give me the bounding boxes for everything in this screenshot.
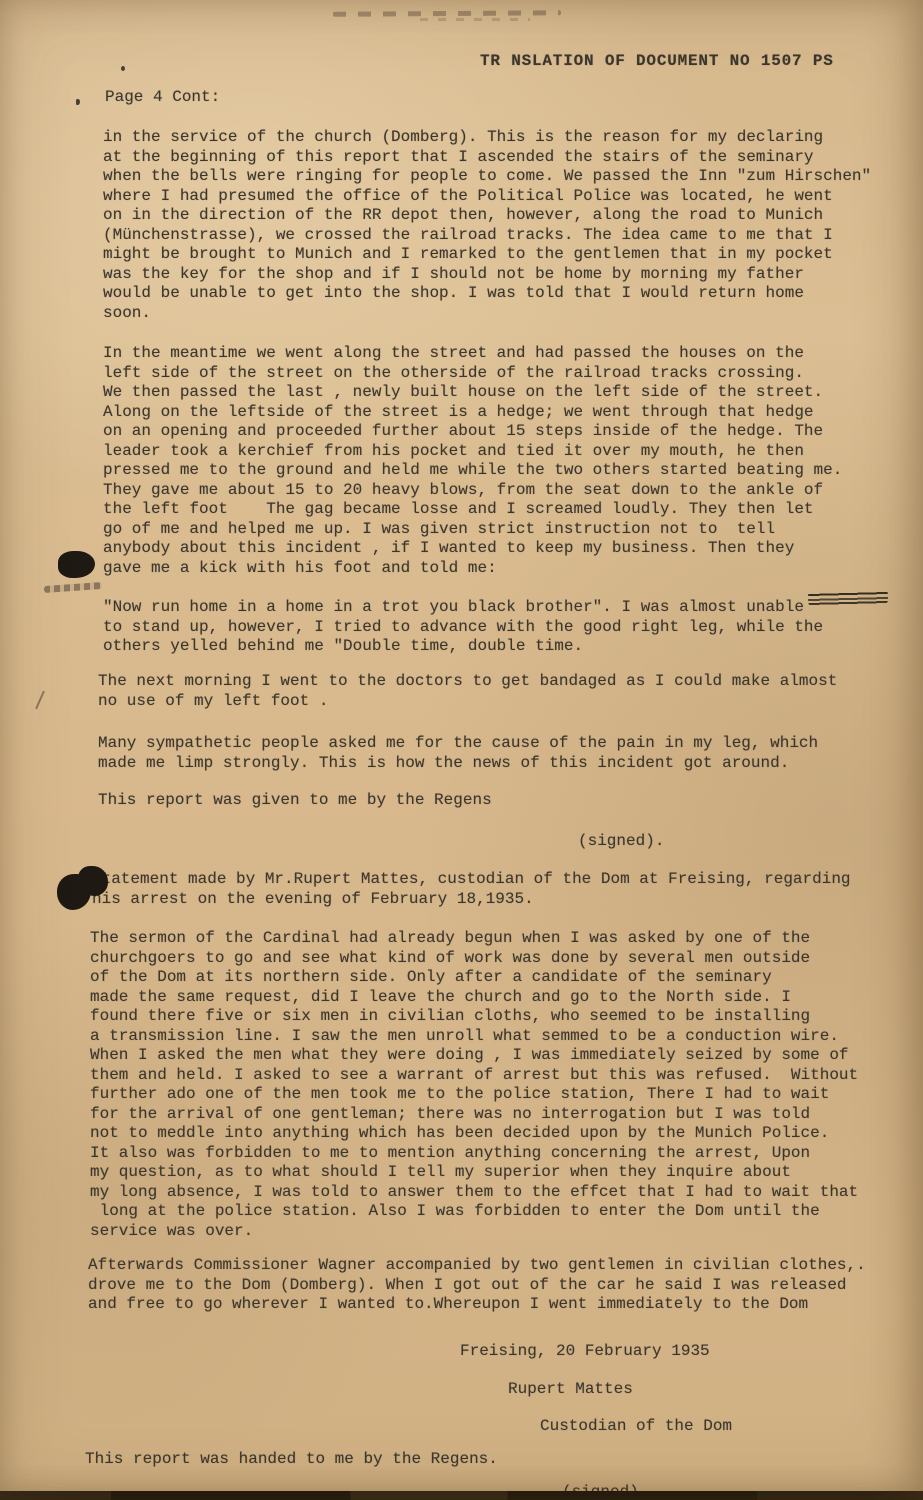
ink-blot-punch-hole-middle-lobe: [78, 866, 108, 896]
afterwards-paragraph: Afterwards Commissioner Wagner accompani…: [88, 1256, 866, 1315]
bottom-edge-shadow: [0, 1491, 923, 1500]
pencil-smudge: [44, 582, 102, 593]
place-date-line: Freising, 20 February 1935: [460, 1342, 710, 1362]
top-edge-smudge: [333, 10, 561, 17]
page-label: Page 4 Cont:: [105, 88, 220, 108]
ink-blot-punch-hole-top: [58, 551, 95, 578]
statement-body-paragraph: The sermon of the Cardinal had already b…: [90, 929, 858, 1241]
paper-speck-1: [121, 66, 125, 71]
body-paragraph-5: Many sympathetic people asked me for the…: [98, 734, 818, 773]
handed-note-line: This report was handed to me by the Rege…: [85, 1450, 498, 1470]
signatory-title: Custodian of the Dom: [540, 1417, 732, 1437]
paper-speck-2: [76, 99, 80, 105]
quote-paragraph: "Now run home in a home in a trot you bl…: [103, 598, 823, 657]
signed-mark-middle: (signed).: [578, 832, 664, 852]
body-paragraph-4: The next morning I went to the doctors t…: [98, 672, 837, 711]
statement-intro-paragraph: Statement made by Mr.Rupert Mattes, cust…: [92, 870, 851, 909]
body-paragraph-1: in the service of the church (Domberg). …: [103, 128, 871, 323]
body-paragraph-2: In the meantime we went along the street…: [103, 344, 842, 578]
document-page: TR NSLATION OF DOCUMENT NO 1507 PS Page …: [0, 0, 923, 1500]
top-edge-smudge-faint: [420, 18, 530, 21]
signatory-name: Rupert Mattes: [508, 1380, 633, 1400]
document-title: TR NSLATION OF DOCUMENT NO 1507 PS: [480, 52, 834, 72]
scratched-out-word-mark: [808, 590, 888, 606]
report-note-line: This report was given to me by the Regen…: [98, 791, 492, 811]
stray-slash-mark: [35, 690, 45, 709]
